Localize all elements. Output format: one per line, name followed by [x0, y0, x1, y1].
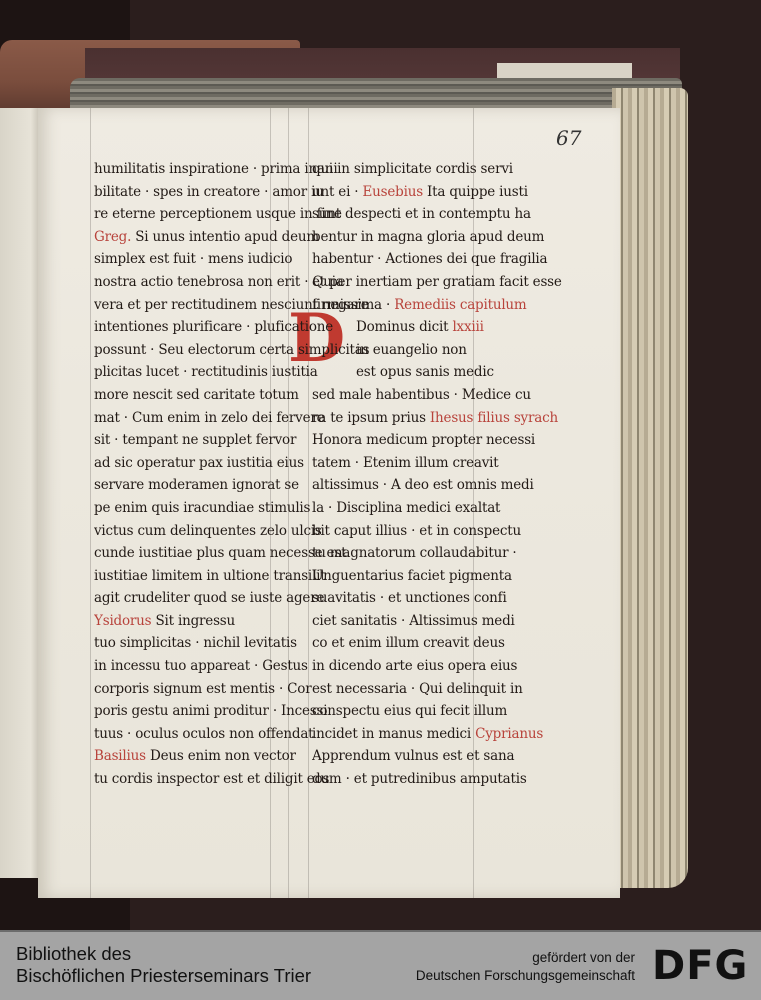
text-line: sunt despecti et in contemptu ha [312, 203, 562, 226]
text-line: suavitatis · et unctiones confi [312, 587, 562, 610]
funder-line-2: Deutschen Forschungsgemeinschaft [416, 967, 635, 985]
text-line: sed male habentibus · Medice cu [312, 384, 562, 407]
text-line: est necessaria · Qui delinquit in [312, 678, 562, 701]
library-credit: Bibliothek des Bischöflichen Priestersem… [16, 943, 311, 987]
text-line: altissimus · A deo est omnis medi [312, 474, 562, 497]
rubric: Ihesus filius syrach [430, 410, 558, 426]
text-line: incidet in manus medici Cyprianus [312, 723, 562, 746]
text-line: in dicendo arte eius opera eius [312, 655, 562, 678]
library-line-2: Bischöflichen Priesterseminars Trier [16, 965, 311, 987]
text-line: Honora medicum propter necessi [312, 429, 562, 452]
text-line: qui in simplicitate cordis servi [312, 158, 562, 181]
text-column-right: qui in simplicitate cordis servi unt ei … [312, 158, 562, 791]
rubric: Eusebius [363, 184, 423, 200]
text-line: la · Disciplina medici exaltat [312, 497, 562, 520]
funder-credit: gefördert von der Deutschen Forschungsge… [416, 949, 635, 985]
text-line: ra te ipsum prius Ihesus filius syrach [312, 407, 562, 430]
ruling-line [90, 108, 91, 898]
rubric: Greg. [94, 229, 131, 245]
rubric: Ysidorus [94, 613, 151, 629]
page-edges-right [612, 88, 688, 888]
text-line: est opus sanis medic [312, 361, 562, 384]
text-line: in euangelio non [312, 339, 562, 362]
text-line: Dominus dicit lxxiii [312, 316, 562, 339]
dfg-logo: DFG [652, 946, 748, 986]
text-line: co et enim illum creavit deus [312, 632, 562, 655]
text-line: conspectu eius qui fecit illum [312, 700, 562, 723]
manuscript-scan: 67 D humilitatis inspiratione · prima in… [0, 0, 761, 930]
recto-page: 67 D humilitatis inspiratione · prima in… [38, 108, 620, 898]
text-line: et per inertiam per gratiam facit esse [312, 271, 562, 294]
funder-line-1: gefördert von der [416, 949, 635, 967]
rubric: Remediis capitulum [394, 297, 526, 313]
credit-footer: Bibliothek des Bischöflichen Priestersem… [0, 930, 761, 1000]
rubric: Basilius [94, 748, 146, 764]
text-line: Unguentarius faciet pigmenta [312, 565, 562, 588]
rubric: Cyprianus [475, 726, 543, 742]
rubric: lxxiii [452, 319, 483, 335]
text-line: habentur · Actiones dei que fragilia [312, 248, 562, 271]
library-line-1: Bibliothek des [16, 943, 311, 965]
text-line: dum · et putredinibus amputatis [312, 768, 562, 791]
folio-number: 67 [556, 126, 581, 150]
text-line: firmissima · Remediis capitulum [312, 294, 562, 317]
text-line: Apprendum vulnus est et sana [312, 745, 562, 768]
text-line: tatem · Etenim illum creavit [312, 452, 562, 475]
text-line: bit caput illius · et in conspectu [312, 520, 562, 543]
text-line: ciet sanitatis · Altissimus medi [312, 610, 562, 633]
text-line: bentur in magna gloria apud deum [312, 226, 562, 249]
text-line: unt ei · Eusebius Ita quippe iusti [312, 181, 562, 204]
text-line: tu magnatorum collaudabitur · [312, 542, 562, 565]
